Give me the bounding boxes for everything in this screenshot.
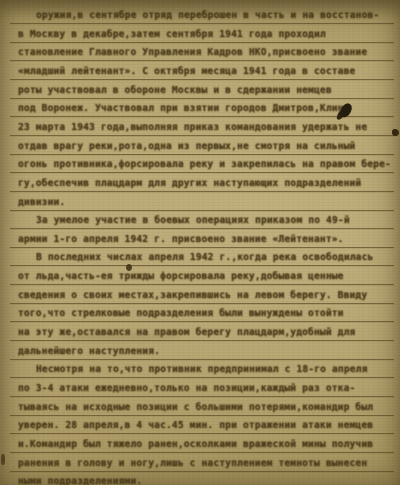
typewritten-text: ными подразделениями. [18, 476, 142, 485]
document-text-line: ранения в голову и ногу,лишь с наступлен… [10, 452, 394, 472]
document-text-line: уверен. 28 апреля,в 4 час.45 мин. при от… [10, 414, 394, 434]
scanned-document-page: оружия,в сентябре отряд переброшен в час… [0, 0, 400, 485]
document-text-line: отдав врагу реки,рота,одна из первых,не … [10, 135, 394, 155]
document-text-line: За умелое участие в боевых операциях при… [10, 209, 394, 229]
typewritten-text: огонь противника,форсировала реку и закр… [18, 159, 390, 171]
typewritten-text: того,что стрелковые подразделения были в… [18, 308, 344, 320]
document-text-line: 23 марта 1943 года,выполняя приказ коман… [10, 116, 394, 136]
document-text-line: ными подразделениями. [10, 470, 394, 485]
typewritten-text: уверен. 28 апреля,в 4 час.45 мин. при от… [18, 420, 373, 432]
typewritten-text: становление Главного Управления Кадров Н… [18, 47, 367, 59]
typewritten-text: дальнейшего наступления. [18, 346, 160, 358]
typewritten-text: ранения в голову и ногу,лишь с наступлен… [18, 458, 367, 470]
document-text-line: дивизии. [10, 191, 394, 211]
document-text-line: дальнейшего наступления. [10, 340, 394, 360]
typewritten-text: За умелое участие в боевых операциях при… [36, 215, 350, 227]
document-text-line: по 3-4 атаки ежедневно,только на позиции… [10, 377, 394, 397]
document-text-line: армии 1-го апреля 1942 г. присвоено зван… [10, 228, 394, 248]
typewritten-text: и.Командир был тяжело ранен,осколками вр… [18, 439, 373, 451]
typewritten-text: тываясь на исходные позиции с большими п… [18, 402, 373, 414]
document-text-line: сведения о своих местах,закрепившись на … [10, 284, 394, 304]
document-text-line: под Воронеж. Участвовал при взятии город… [10, 97, 394, 117]
document-text-line: в Москву в декабре,затем сентября 1941 г… [10, 23, 394, 43]
document-text-line: становление Главного Управления Кадров Н… [10, 41, 394, 61]
document-text-line: огонь противника,форсировала реку и закр… [10, 153, 394, 173]
typewritten-text: по 3-4 атаки ежедневно,только на позиции… [18, 383, 355, 395]
document-text-line: тываясь на исходные позиции с большими п… [10, 396, 394, 416]
document-text-line: того,что стрелковые подразделения были в… [10, 302, 394, 322]
typewritten-text: оружия,в сентябре отряд переброшен в час… [36, 10, 379, 22]
typewritten-text: под Воронеж. Участвовал при взятии город… [18, 103, 350, 115]
typewritten-text: сведения о своих местах,закрепившись на … [18, 290, 367, 302]
typewritten-text: дивизии. [18, 197, 65, 209]
typewritten-text: Несмотря на то,что противник предпринима… [36, 364, 368, 376]
typewritten-text: отдав врагу реки,рота,одна из первых,не … [18, 141, 355, 153]
typewritten-text: роты участвовал в обороне Москвы и в сде… [18, 85, 332, 97]
typewritten-text: 23 марта 1943 года,выполняя приказ коман… [18, 122, 367, 134]
document-text-line: роты участвовал в обороне Москвы и в сде… [10, 79, 394, 99]
document-text-line: от льда,часть-ея трижды форсировала реку… [10, 265, 394, 285]
document-text-line: «младший лейтенант». С октября месяца 19… [10, 60, 394, 80]
document-text-block: оружия,в сентябре отряд переброшен в час… [0, 0, 400, 485]
typewritten-text: от льда,часть-ея трижды форсировала реку… [18, 271, 344, 283]
document-text-line: оружия,в сентябре отряд переброшен в час… [10, 4, 394, 24]
typewritten-text: в Москву в декабре,затем сентября 1941 г… [18, 29, 326, 41]
document-text-line: и.Командир был тяжело ранен,осколками вр… [10, 433, 394, 453]
document-text-line: В последних числах апреля 1942 г.,когда … [10, 246, 394, 266]
document-text-line: на эту же,оставался на правом берегу пла… [10, 321, 394, 341]
typewritten-text: на эту же,оставался на правом берегу пла… [18, 327, 355, 339]
document-text-line: гу,обеспечив плацдарм для других наступа… [10, 172, 394, 192]
document-text-line: Несмотря на то,что противник предпринима… [10, 358, 394, 378]
typewritten-text: армии 1-го апреля 1942 г. присвоено зван… [18, 234, 344, 246]
typewritten-text: гу,обеспечив плацдарм для других наступа… [18, 178, 361, 190]
typewritten-text: В последних числах апреля 1942 г.,когда … [36, 252, 373, 264]
typewritten-text: «младший лейтенант». С октября месяца 19… [18, 66, 355, 78]
